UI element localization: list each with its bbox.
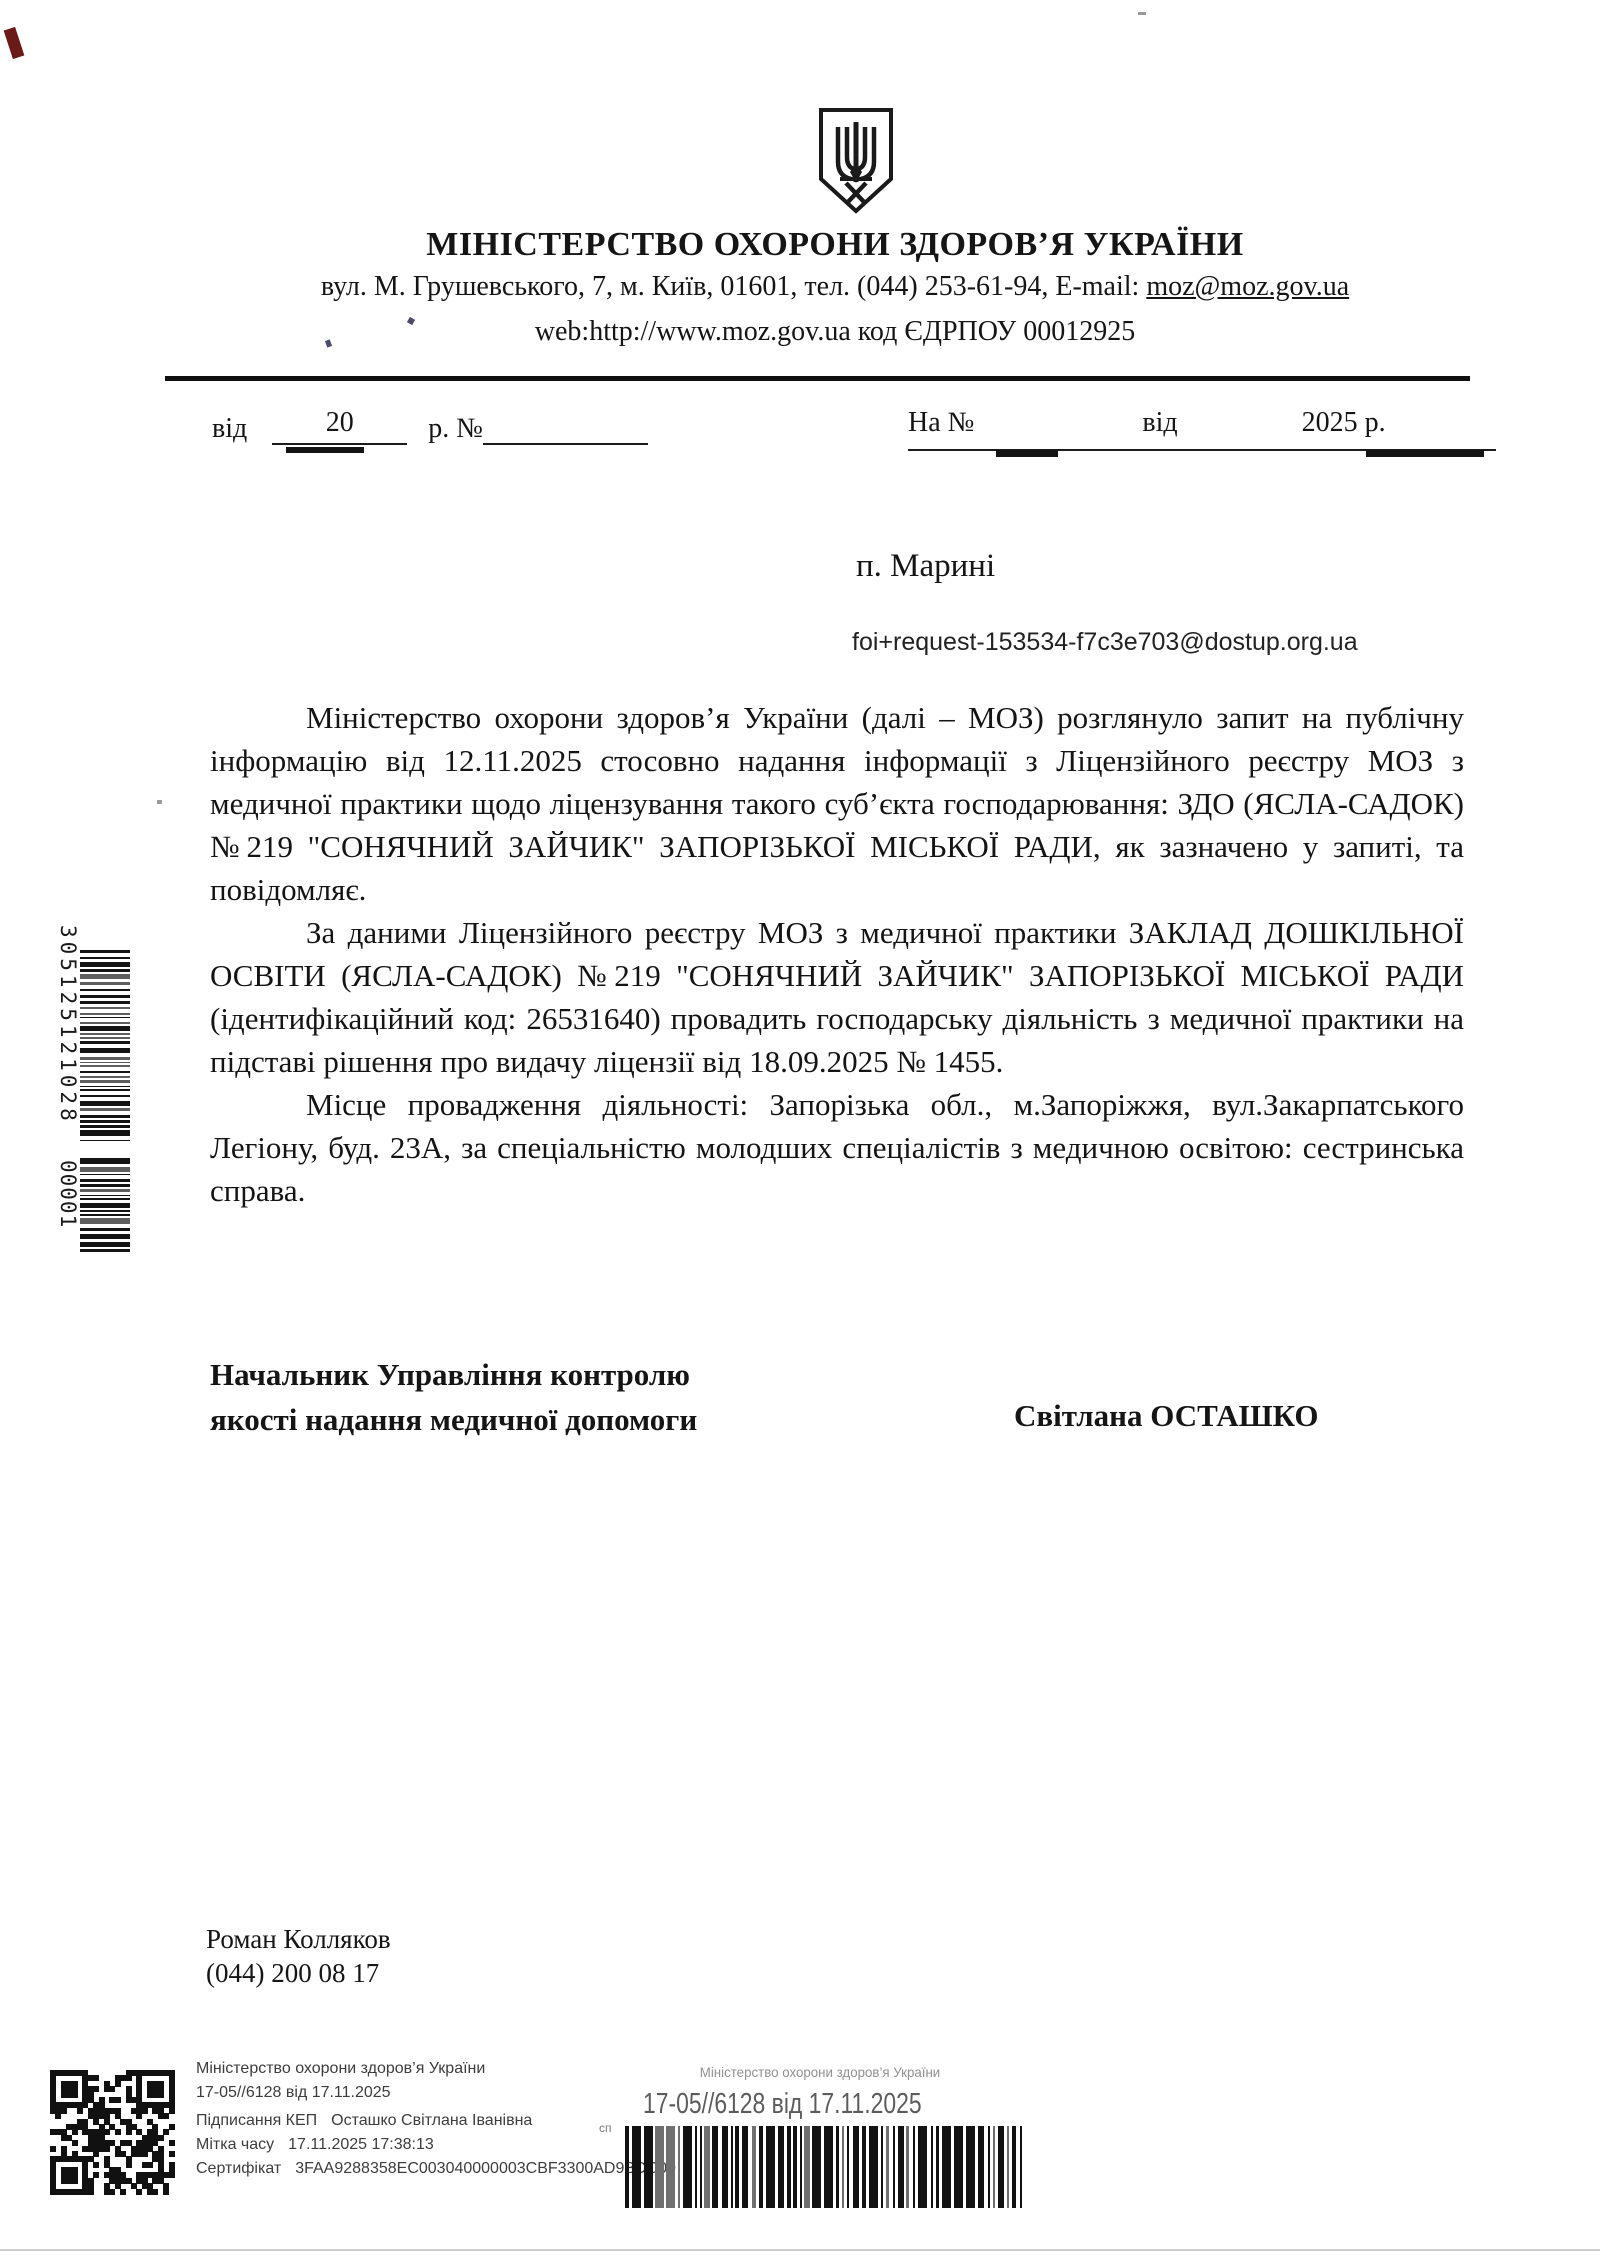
stamp-doc-number: 17-05//6128 від 17.11.2025 [196,2084,676,2102]
barcode-side-mark: сп [599,2121,612,2135]
paragraph-2: За даними Ліцензійного реєстру МОЗ з мед… [210,911,1464,1083]
executor-contact: Роман Колляков (044) 200 08 17 [206,1922,391,1990]
reference-row-right: На №від2025 р. [908,407,1496,451]
ref-year-right: 2025 р. [1302,407,1386,438]
ministry-web-line: web:http://www.moz.gov.ua код ЄДРПОУ 000… [85,316,1585,348]
pen-mark [1366,450,1484,457]
barcode-number-top: 305125121028 [56,925,80,1125]
ministry-address-line: вул. М. Грушевського, 7, м. Київ, 01601,… [85,271,1585,303]
letter-body: Міністерство охорони здоров’я України (д… [210,696,1464,1212]
stamp-timestamp-line: Мітка часу17.11.2025 17:38:13 [196,2136,676,2154]
scan-artifact [1138,12,1146,15]
address-text: вул. М. Грушевського, 7, м. Київ, 01601,… [321,271,1146,302]
executor-name: Роман Колляков [206,1922,391,1956]
ukraine-trident-emblem [818,107,894,214]
vertical-barcode [80,1158,130,1250]
ref-from-label: від [212,413,247,444]
scan-artifact [4,27,25,59]
pen-mark [286,447,364,453]
page-bottom-edge [0,2249,1600,2251]
ref-year-blank: 20 [272,407,407,445]
executor-phone: (044) 200 08 17 [206,1956,391,1990]
addressee-email: foi+request-153534-f7c3e703@dostup.org.u… [852,628,1358,657]
reference-row-left: від 20 р. № [212,407,648,445]
ref-na-label: На № [908,407,974,438]
scan-artifact [157,800,162,804]
scanned-letter-page: { "doc": { "header": { "emblem_icon": "u… [0,0,1600,2262]
qr-code [50,2070,174,2194]
addressee-name: п. Марині [856,548,995,585]
signer-position: Начальник Управління контролю якості над… [210,1352,697,1442]
paragraph-1: Міністерство охорони здоров’я України (д… [210,696,1464,911]
barcode-number-bottom: 00001 [56,1160,80,1228]
paragraph-3: Місце провадження діяльності: Запорізька… [210,1083,1464,1212]
ref-number-label: р. № [428,413,483,444]
signer-position-line1: Начальник Управління контролю [210,1352,697,1397]
vertical-barcode [80,950,130,1143]
signer-name: Світлана ОСТАШКО [1014,1398,1318,1434]
ministry-email: moz@moz.gov.ua [1146,271,1349,302]
ministry-title: МІНІСТЕРСТВО ОХОРОНИ ЗДОРОВ’Я УКРАЇНИ [85,226,1585,264]
barcode-stamp-number: 17-05//6128 від 17.11.2025 [643,2088,922,2121]
pen-mark [996,450,1058,457]
horizontal-barcode [625,2126,1027,2208]
header-divider [165,376,1470,381]
barcode-stamp-org: Міністерство охорони здоров’я України [630,2064,1010,2080]
signer-position-line2: якості надання медичної допомоги [210,1397,697,1442]
stamp-certificate-line: Сертифікат3FAA9288358EC003040000003CBF33… [196,2160,676,2178]
ref-number-blank [483,407,648,445]
ref-vid-label: від [1142,407,1177,438]
stamp-org: Міністерство охорони здоров’я України [196,2060,676,2078]
